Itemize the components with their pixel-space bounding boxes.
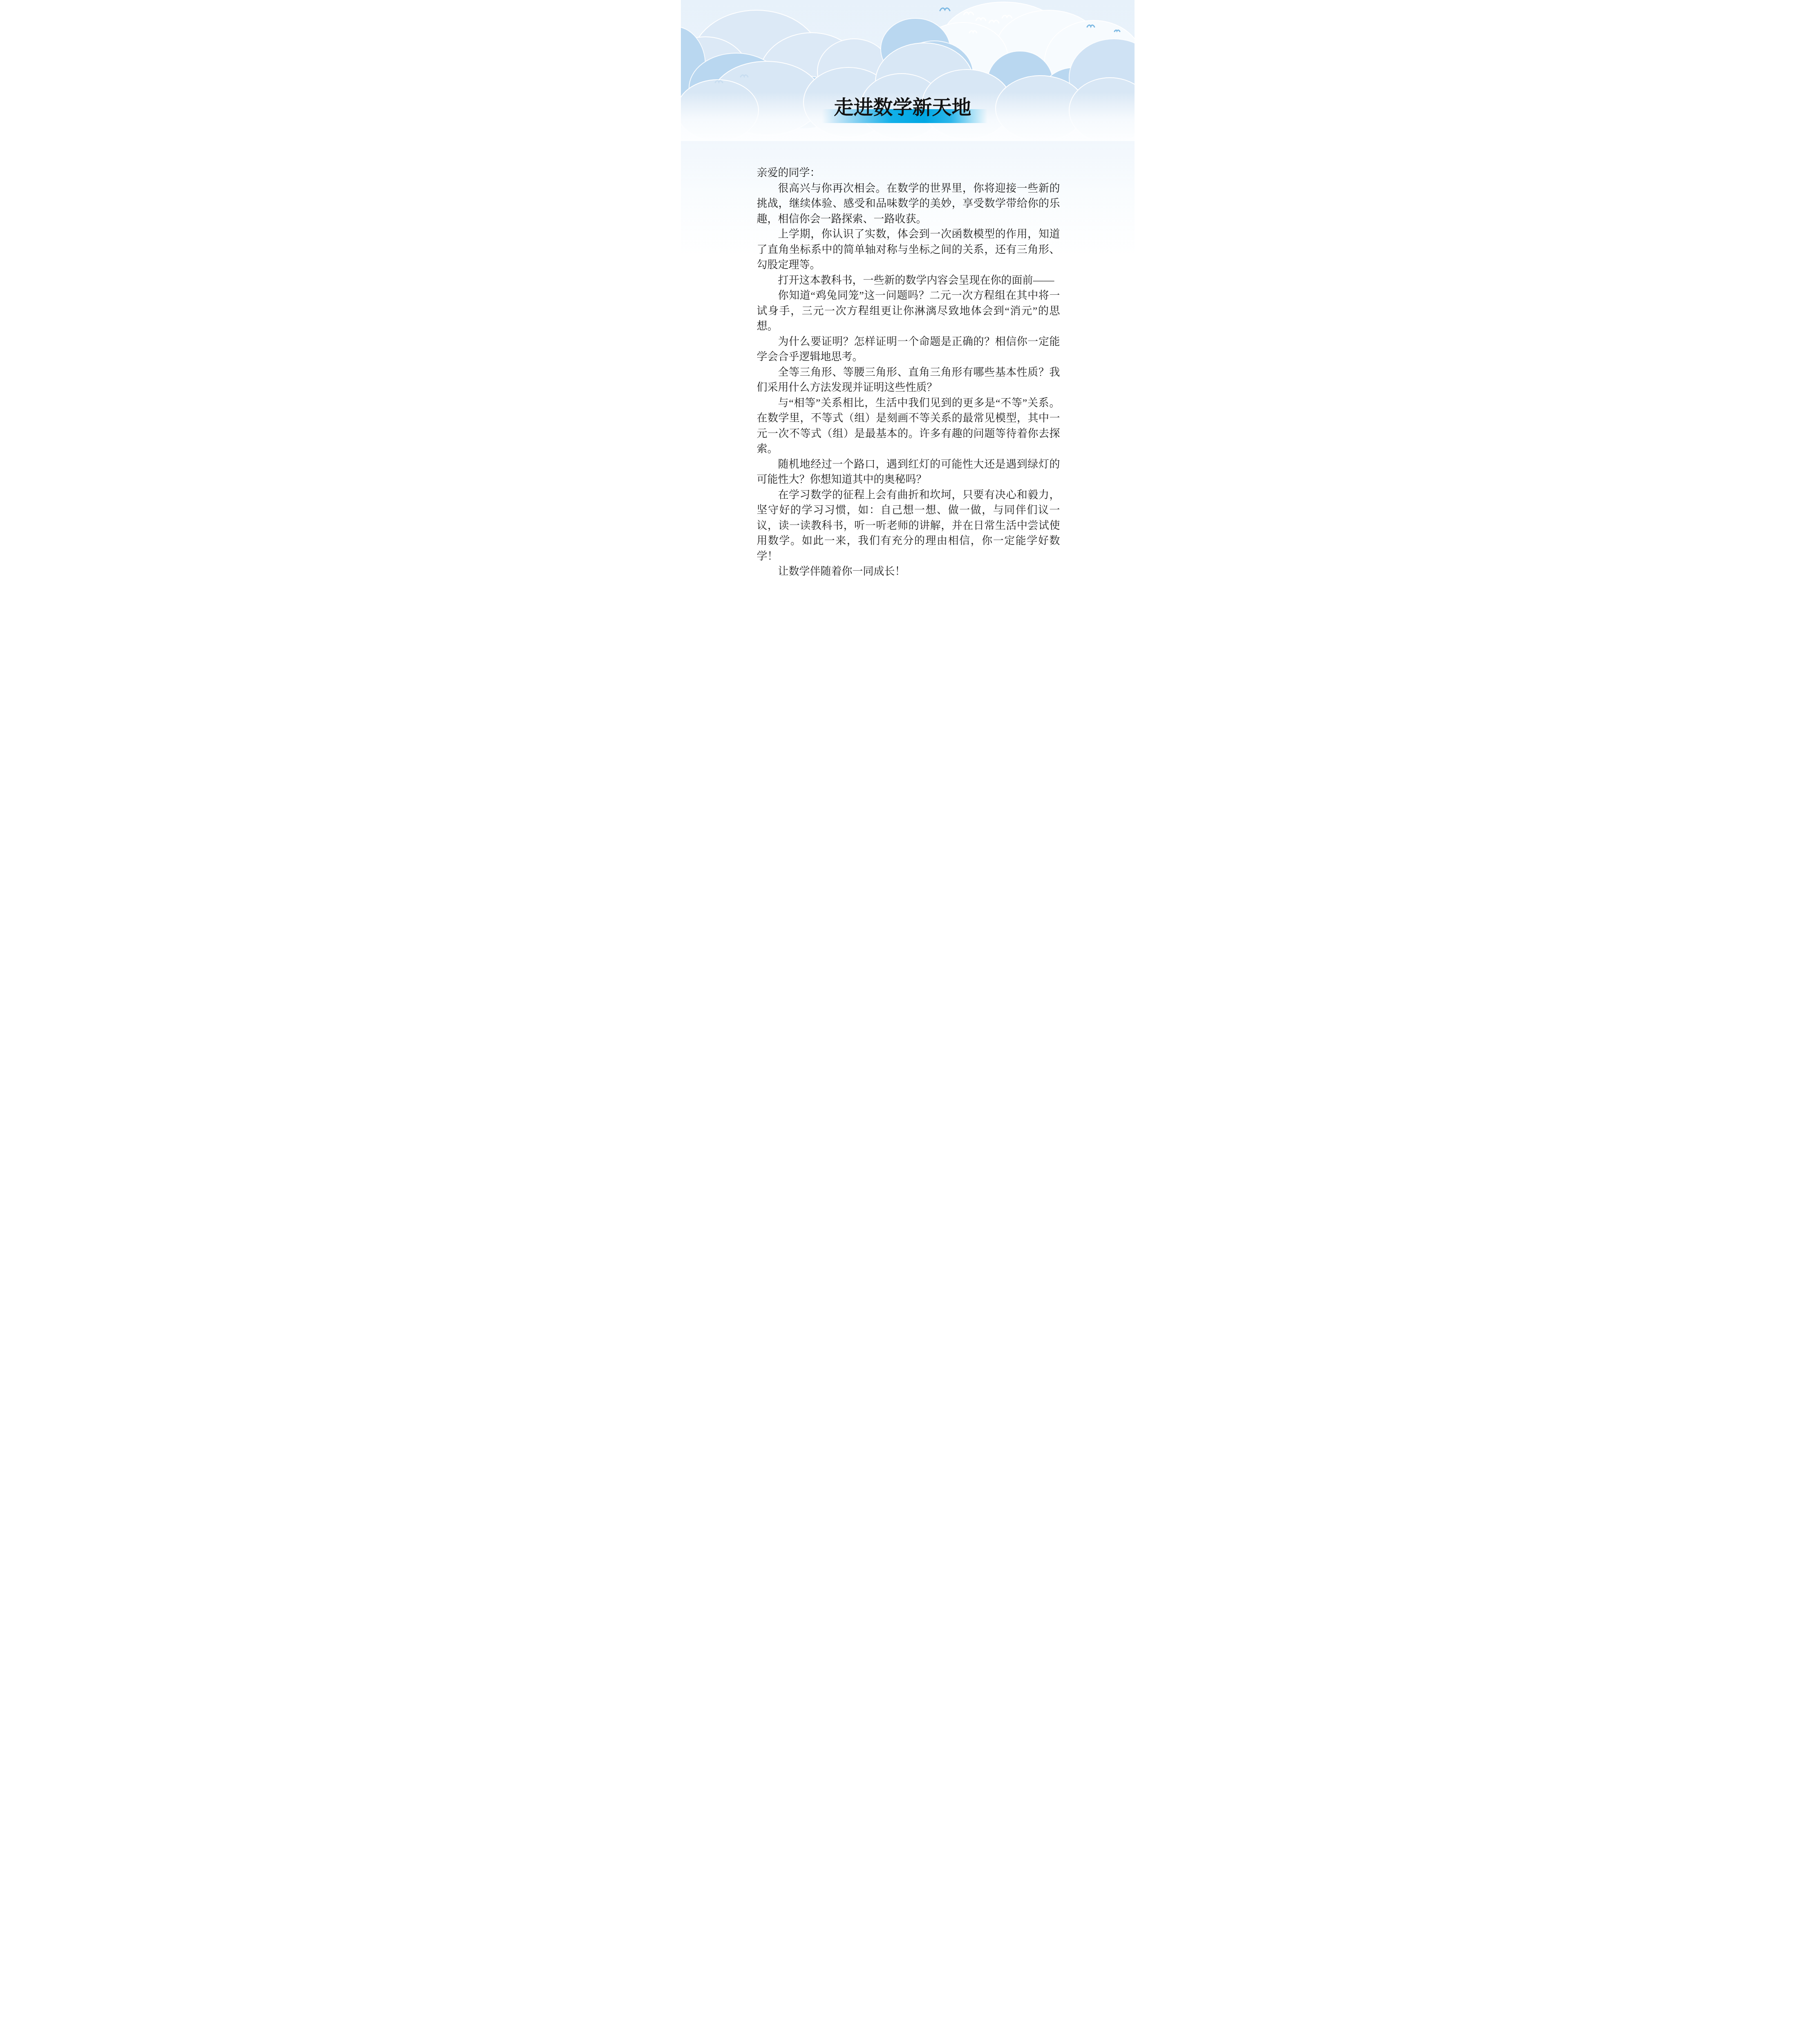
- letter-paragraph: 很高兴与你再次相会。在数学的世界里，你将迎接一些新的挑战，继续体验、感受和品味数…: [757, 181, 1060, 227]
- letter-paragraph: 全等三角形、等腰三角形、直角三角形有哪些基本性质？我们采用什么方法发现并证明这些…: [757, 365, 1060, 395]
- letter-paragraph: 你知道“鸡兔同笼”这一问题吗？二元一次方程组在其中将一试身手，三元一次方程组更让…: [757, 288, 1060, 334]
- page-title: 走进数学新天地: [834, 98, 971, 118]
- letter-paragraph: 在学习数学的征程上会有曲折和坎坷，只要有决心和毅力，坚守好的学习习惯，如：自己想…: [757, 487, 1060, 564]
- letter-paragraph: 随机地经过一个路口，遇到红灯的可能性大还是遇到绿灯的可能性大？你想知道其中的奥秘…: [757, 457, 1060, 487]
- textbook-page: 走进数学新天地 亲爱的同学： 很高兴与你再次相会。在数学的世界里，你将迎接一些新…: [681, 0, 1135, 642]
- letter-paragraph: 与“相等”关系相比，生活中我们见到的更多是“不等”关系。在数学里，不等式（组）是…: [757, 395, 1060, 457]
- blue-seagull-icon: [940, 8, 950, 11]
- letter-paragraph: 为什么要证明？怎样证明一个命题是正确的？相信你一定能学会合乎逻辑地思考。: [757, 334, 1060, 365]
- letter-salutation: 亲爱的同学：: [757, 165, 1060, 181]
- blue-seagull-icon: [1115, 30, 1120, 31]
- letter-paragraph: 让数学伴随着你一同成长！: [757, 564, 1060, 579]
- letter-body: 亲爱的同学： 很高兴与你再次相会。在数学的世界里，你将迎接一些新的挑战，继续体验…: [757, 165, 1060, 579]
- letter-paragraph: 上学期，你认识了实数，体会到一次函数模型的作用，知道了直角坐标系中的简单轴对称与…: [757, 226, 1060, 273]
- letter-paragraph: 打开这本教科书，一些新的数学内容会呈现在你的面前——: [757, 273, 1060, 288]
